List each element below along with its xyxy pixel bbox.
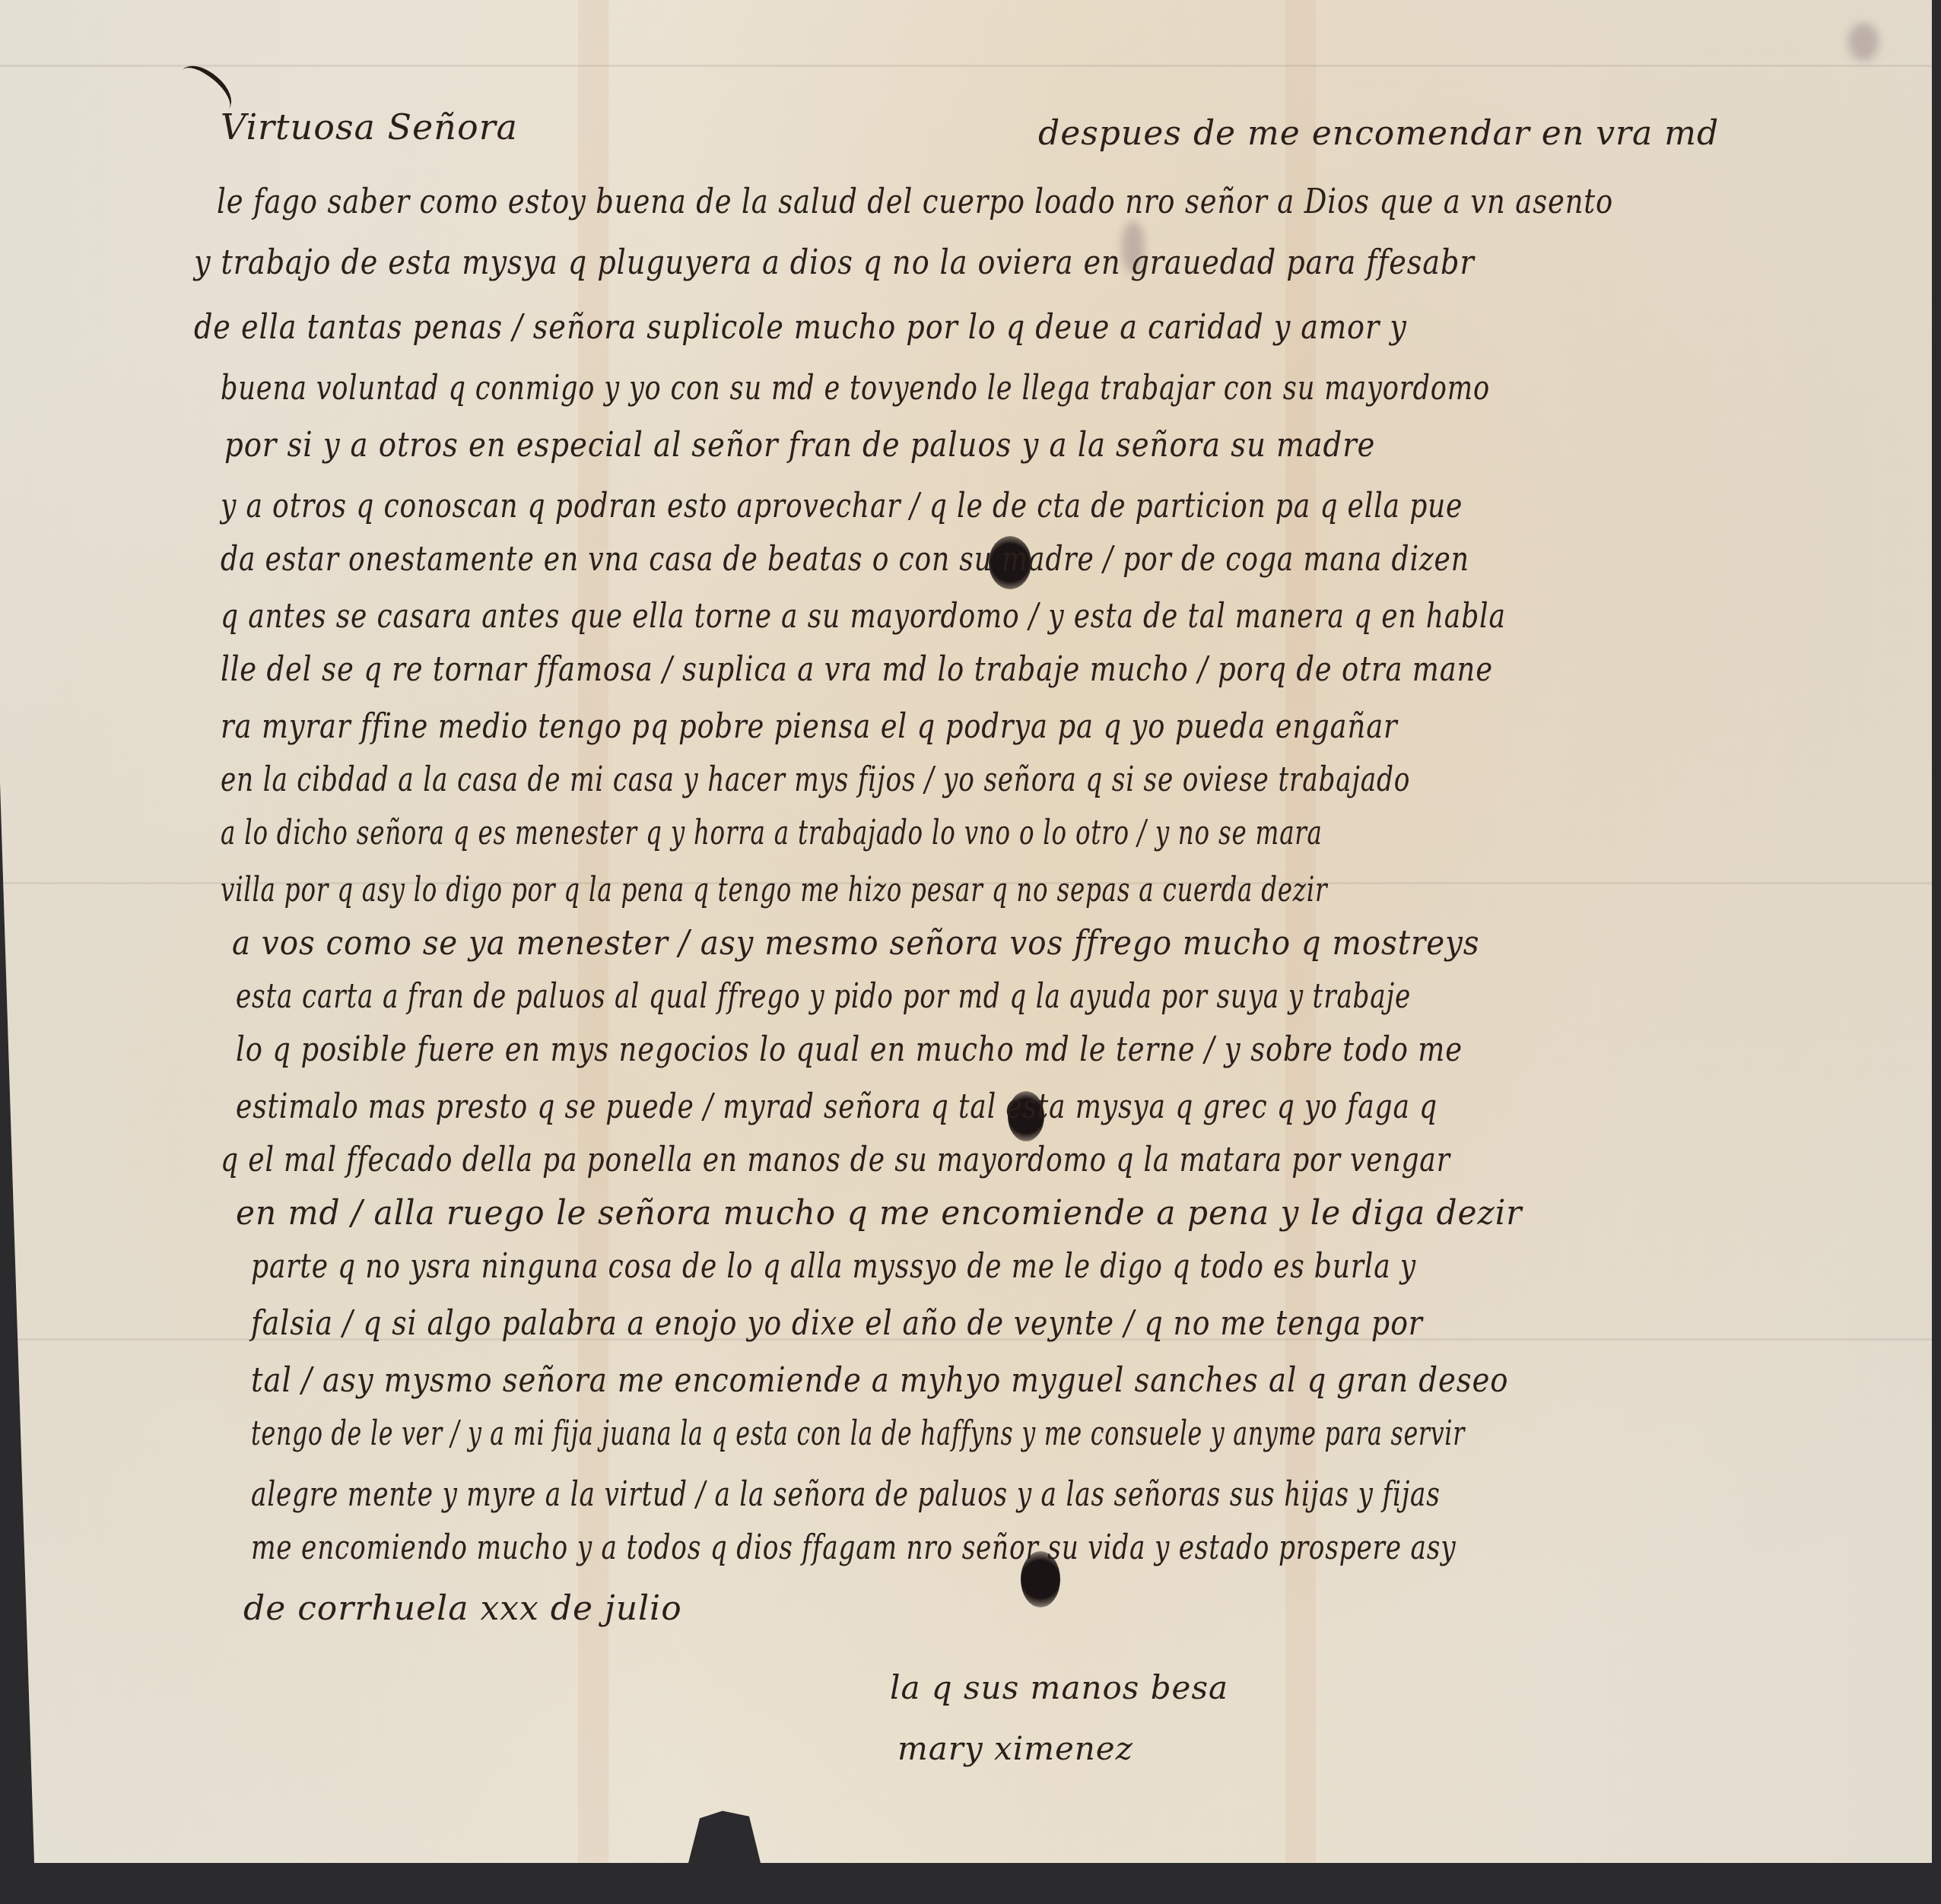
letter-line: da estar onestamente en vna casa de beat… xyxy=(221,540,1469,579)
letter-line: y a otros q conoscan q podran esto aprov… xyxy=(221,487,1463,525)
fold-crease xyxy=(0,65,1932,67)
letter-line: en md / alla ruego le señora mucho q me … xyxy=(236,1194,1522,1233)
letter-line: tengo de le ver / y a mi fija juana la q… xyxy=(251,1414,1465,1453)
letter-line: lo q posible fuere en mys negocios lo qu… xyxy=(236,1030,1463,1069)
letter-line: de ella tantas penas / señora suplicole … xyxy=(194,308,1407,347)
letter-line: parte q no ysra ninguna cosa de lo q all… xyxy=(251,1247,1416,1286)
letter-line: me encomiendo mucho y a todos q dios ffa… xyxy=(251,1528,1456,1567)
closing: la q sus manos besa xyxy=(890,1669,1228,1706)
letter-line: le fago saber como estoy buena de la sal… xyxy=(217,182,1613,221)
letter-date: de corrhuela xxx de julio xyxy=(243,1589,682,1628)
letter-line: q el mal ffecado della pa ponella en man… xyxy=(221,1141,1450,1179)
letter-line: a lo dicho señora q es menester q y horr… xyxy=(221,814,1323,852)
signature: mary ximenez xyxy=(897,1730,1133,1767)
letter-line: villa por q asy lo digo por q la pena q … xyxy=(221,871,1327,909)
letter-line: despues de me encomendar en vra md xyxy=(1038,114,1719,153)
salutation: Virtuosa Señora xyxy=(221,106,518,148)
letter-line: estimalo mas presto q se puede / myrad s… xyxy=(236,1087,1437,1126)
ink-stain xyxy=(1848,23,1879,61)
letter-line: falsia / q si algo palabra a enojo yo di… xyxy=(251,1304,1423,1343)
letter-line: a vos como se ya menester / asy mesmo se… xyxy=(232,924,1480,963)
manuscript-paper: Virtuosa Señora despues de me encomendar… xyxy=(0,0,1932,1863)
letter-line: q antes se casara antes que ella torne a… xyxy=(221,597,1506,636)
letter-line: alegre mente y myre a la virtud / a la s… xyxy=(251,1475,1441,1514)
letter-line: esta carta a fran de paluos al qual ffre… xyxy=(236,977,1411,1016)
letter-line: lle del se q re tornar ffamosa / suplica… xyxy=(221,650,1493,689)
letter-line: por si y a otros en especial al señor fr… xyxy=(224,426,1375,465)
letter-line: en la cibdad a la casa de mi casa y hace… xyxy=(221,760,1410,799)
letter-line: buena voluntad q conmigo y yo con su md … xyxy=(221,369,1490,408)
letter-line: tal / asy mysmo señora me encomiende a m… xyxy=(251,1361,1509,1400)
letter-line: ra myrar ffine medio tengo pq pobre pien… xyxy=(221,707,1398,746)
letter-line: y trabajo de esta mysya q pluguyera a di… xyxy=(194,243,1475,282)
